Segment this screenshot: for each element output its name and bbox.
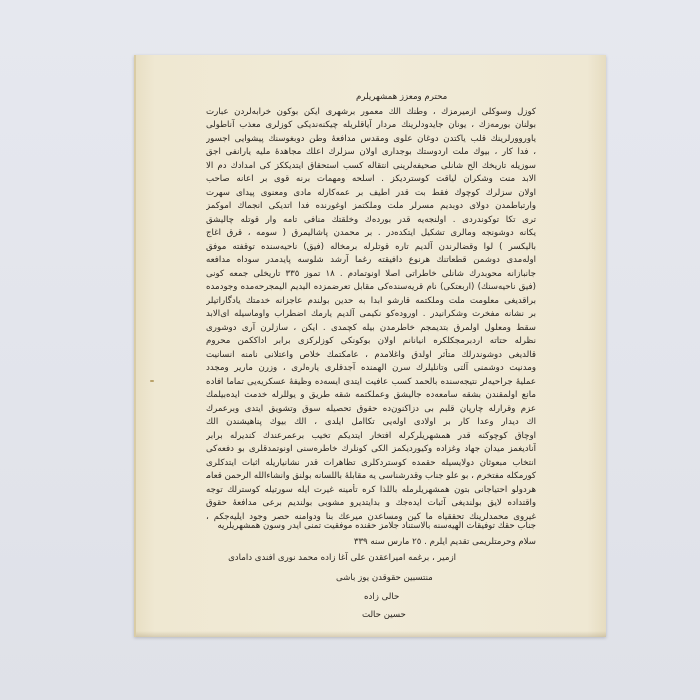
body-line: وارتباطمدن دولای دوبدیم مسرلر ملت وملکتم… [206,200,536,214]
body-line: عزم وقرارله چارپان قلبم بی دزاکنون‌ده حق… [206,403,536,417]
body-line: مانع اولمقندن بشقه سامعه‌ده جالیشق وعملک… [206,389,536,403]
body-line: بر نشانه مفخرت وشکرانیدر . اوروده‌کو نکی… [206,308,536,322]
body-line: (فیق ناحیه‌سنك) (اربعتکی) نام قریه‌سنده‌… [206,281,536,295]
body-line: قالدیغی دوشوندرلك متأثر اولدق واغلامدم ،… [206,349,536,363]
body-line: نظرله حتاته اردبرمجکلکره انیانانم اولان … [206,335,536,349]
signature-line-2: منتسبین حقوقدن یوز باشی [336,573,433,583]
body-line: عملیهٔ جراحیه‌لر نتیجه‌سنده بالحمد کسب ع… [206,376,536,390]
body-line: سقط ومعلول اولمرق بتدیمجم خاطرمدن بیله ک… [206,322,536,336]
body-line: انتخاب مبعوثان دولایسیله حقمده کوستردکلر… [206,457,536,471]
body-line: سوزیله تاریخك الح شانلی صحیفه‌لرینی انتق… [206,160,536,174]
body-line: هردولو احتیاجانی بتون همشهریلرمله باللذا… [206,484,536,498]
paper-stain [150,380,154,382]
body-line: کورمکله مفتخرم ، بو علو جناب وقدرشناسی ی… [206,470,536,484]
body-line: جانبازانه محوبدرك شانلی خاطراتی اصلا اون… [206,268,536,282]
body-lines: کوزل وسوکلی ازمیرمزك ، وطنك الك معمور بر… [206,106,536,525]
body-line: یکانه دوشونجه ومالری تشکیل ایتکده‌در . ب… [206,227,536,241]
signature-line-4: حسین حالت [362,610,406,620]
body-line: ، فدا کار ، بیوك ملت اردوستك بوجداری اول… [206,146,536,160]
body-line: بولنان بورمه‌زك ، یونان جایدودلرینك مردا… [206,119,536,133]
body-line: اوچاق کوچوکنه قدر همشهریلرکرله افتخار ای… [206,430,536,444]
body-line: اولان سزلرك کوچوك فقط بت قدر اطیف بر عمه… [206,187,536,201]
body-line: یاوروورلرینك قلب یاکتدن دوغان علوی ومقدس… [206,133,536,147]
body-line: اك دیدار وعدا کار بر اولادی اوله‌یی تکاا… [206,416,536,430]
closing-line-2: سلام وحرمتلریمی تقدیم ایلرم . ٢٥ مارس سن… [354,537,536,547]
signature-line-3: حالی زاده [364,592,399,602]
body-line: واقتداده لایق بولندیغی آثبات ایده‌جك و ب… [206,497,536,511]
closing-line-1: جناب حقك توفیقات الهیه‌سنه بالاستناد جلا… [217,521,536,531]
body-line: آنادیغمز میدان جهاد وغزاده وکیوردیکمز ال… [206,443,536,457]
body-line: براقدیغی معلومت ملت وملکتمه قارشو ابدا ب… [206,295,536,309]
body-line: الابد منت وشکران لیاقت کوستردیکز . اسلحه… [206,173,536,187]
letter-body: محترم ومعزز همشهریلرم کوزل وسوکلی ازمیرم… [206,91,536,524]
body-line: بالیکسر ) لوا وقضالرندن آلدیم تاره قوتلر… [206,241,536,255]
signature-line-1: ازمیر ، برغمه امیراعقدن علی آغا زاده محم… [228,553,456,563]
letter-paper: محترم ومعزز همشهریلرم کوزل وسوکلی ازمیرم… [134,55,606,637]
body-line: تری تکا توکوندردی . اولنجه‌یه قدر بورده‌… [206,214,536,228]
body-line: اوله‌مدی دوشمن قطعاتنك هرنوع دافیقته رغم… [206,254,536,268]
salutation: محترم ومعزز همشهریلرم [206,91,536,105]
body-line: کوزل وسوکلی ازمیرمزك ، وطنك الك معمور بر… [206,106,536,120]
body-line: ومدنیت دوشمنی آلتی وتانلیلرك سرن الهمنده… [206,362,536,376]
